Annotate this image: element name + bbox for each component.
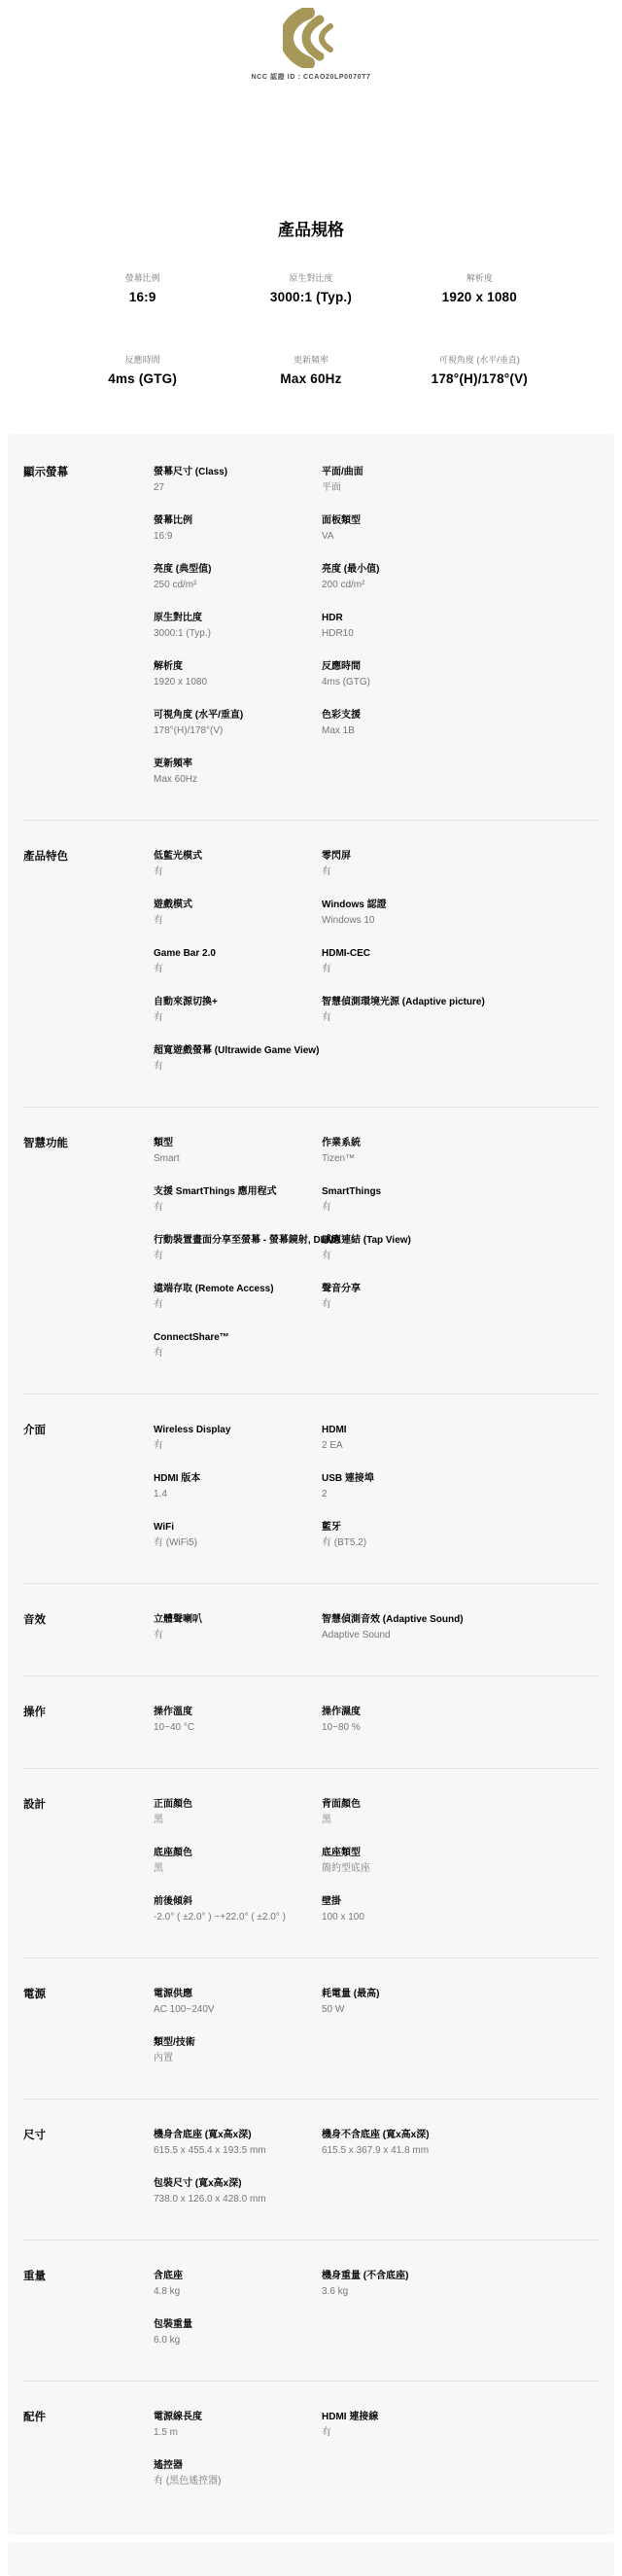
spec-value: 10~80 % — [322, 1721, 599, 1735]
spec-grid: 低藍光模式 有 零閃屏 有 遊戲模式 有 Windows 認證 Windows … — [154, 850, 599, 1093]
spec-value: 50 W — [322, 2003, 599, 2017]
spec-item: 智慧偵測音效 (Adaptive Sound) Adaptive Sound — [322, 1613, 599, 1642]
spec-label: 包裝尺寸 (寬x高x深) — [154, 2177, 322, 2191]
spec-card: 顯示螢幕 螢幕尺寸 (Class) 27 平面/曲面 平面 螢幕比例 16:9 … — [8, 435, 614, 2535]
spec-section: 介面 Wireless Display 有 HDMI 2 EA HDMI 版本 … — [23, 1394, 599, 1583]
spec-item: 背面顏色 黑 — [322, 1798, 599, 1827]
spec-value: 250 cd/m² — [154, 579, 322, 592]
spec-item: HDR HDR10 — [322, 612, 599, 641]
spec-value: 有 — [154, 914, 322, 928]
spec-value: 有 — [322, 1298, 599, 1312]
spec-item: 螢幕比例 16:9 — [154, 514, 322, 544]
spec-item: 聲音分享 有 — [322, 1283, 599, 1312]
ncc-logo — [283, 8, 339, 68]
spec-item: ConnectShare™ 有 — [154, 1331, 322, 1360]
section-title: 重量 — [23, 2270, 154, 2367]
highlight-item: 可視角度 (水平/垂直) 178°(H)/178°(V) — [396, 353, 564, 386]
spec-label: 類型/技術 — [154, 2036, 322, 2050]
spec-label: ConnectShare™ — [154, 1331, 322, 1345]
highlight-item: 更新頻率 Max 60Hz — [226, 353, 395, 386]
spec-value: 有 — [322, 1201, 599, 1215]
spec-label: 原生對比度 — [154, 612, 322, 625]
spec-value: 有 — [322, 2426, 599, 2440]
spec-item: Windows 認證 Windows 10 — [322, 899, 599, 928]
spec-item: 面板類型 VA — [322, 514, 599, 544]
spec-grid: 正面顏色 黑 背面顏色 黑 底座顏色 黑 底座類型 簡約型底座 前後傾斜 -2.… — [154, 1798, 599, 1944]
spec-value: HDR10 — [322, 627, 599, 641]
spec-label: 可視角度 (水平/垂直) — [154, 709, 322, 723]
spec-item: 操作溫度 10~40 °C — [154, 1706, 322, 1735]
spec-value: 有 — [154, 1011, 322, 1025]
spec-label: 感應連結 (Tap View) — [322, 1234, 599, 1248]
spec-item: 零閃屏 有 — [322, 850, 599, 879]
spec-grid: 操作溫度 10~40 °C 操作濕度 10~80 % — [154, 1706, 599, 1754]
section-title: 電源 — [23, 1988, 154, 2085]
spec-label: 類型 — [154, 1137, 322, 1150]
section-title: 尺寸 — [23, 2129, 154, 2226]
spec-value: 有 — [154, 1439, 322, 1453]
highlight-label: 可視角度 (水平/垂直) — [396, 353, 564, 366]
spec-label: 支援 SmartThings 應用程式 — [154, 1185, 322, 1199]
spec-item: 立體聲喇叭 有 — [154, 1613, 322, 1642]
spec-value: 1.4 — [154, 1488, 322, 1501]
spec-label: Game Bar 2.0 — [154, 947, 322, 961]
spec-item: 藍牙 有 (BT5.2) — [322, 1521, 599, 1550]
spec-item: 包裝尺寸 (寬x高x深) 738.0 x 126.0 x 428.0 mm — [154, 2177, 322, 2206]
spec-value: -2.0° ( ±2.0° ) ~+22.0° ( ±2.0° ) — [154, 1911, 322, 1924]
spec-label: 反應時間 — [322, 660, 599, 674]
spec-item: 底座類型 簡約型底座 — [322, 1847, 599, 1876]
spec-label: SmartThings — [322, 1185, 599, 1199]
spec-item: 正面顏色 黑 — [154, 1798, 322, 1827]
spec-label: WiFi — [154, 1521, 322, 1535]
spec-item: HDMI 2 EA — [322, 1424, 599, 1453]
spec-item: Game Bar 2.0 有 — [154, 947, 322, 976]
spec-value: 2 EA — [322, 1439, 599, 1453]
highlight-label: 更新頻率 — [226, 353, 395, 366]
spec-label: 立體聲喇叭 — [154, 1613, 322, 1627]
spec-label: 平面/曲面 — [322, 466, 599, 479]
highlight-value: 1920 x 1080 — [396, 290, 564, 304]
spec-value: Adaptive Sound — [322, 1629, 599, 1642]
spec-item: 電源供應 AC 100~240V — [154, 1988, 322, 2017]
spec-label: 亮度 (典型值) — [154, 563, 322, 577]
spec-label: 螢幕比例 — [154, 514, 322, 528]
spec-label: 電源線長度 — [154, 2411, 322, 2424]
spec-value: 有 — [154, 963, 322, 976]
spec-label: 智慧偵測音效 (Adaptive Sound) — [322, 1613, 599, 1627]
spec-grid: Wireless Display 有 HDMI 2 EA HDMI 版本 1.4… — [154, 1424, 599, 1570]
spec-item: 解析度 1920 x 1080 — [154, 660, 322, 689]
spec-item: 反應時間 4ms (GTG) — [322, 660, 599, 689]
spec-item: 智慧偵測環境光源 (Adaptive picture) 有 — [322, 996, 599, 1025]
spec-value: 有 (BT5.2) — [322, 1536, 599, 1550]
spec-value: 有 — [322, 1250, 599, 1263]
spec-grid: 立體聲喇叭 有 智慧偵測音效 (Adaptive Sound) Adaptive… — [154, 1613, 599, 1662]
footer-strip — [8, 2543, 614, 2576]
spec-item: 機身含底座 (寬x高x深) 615.5 x 455.4 x 193.5 mm — [154, 2129, 322, 2158]
spec-value: VA — [322, 530, 599, 544]
spec-label: 遙控器 — [154, 2459, 322, 2473]
spec-item: 螢幕尺寸 (Class) 27 — [154, 466, 322, 495]
highlight-value: 178°(H)/178°(V) — [396, 371, 564, 386]
spec-value: 1920 x 1080 — [154, 676, 322, 689]
spec-item: HDMI-CEC 有 — [322, 947, 599, 976]
spec-value: 100 x 100 — [322, 1911, 599, 1924]
spec-label: 底座顏色 — [154, 1847, 322, 1860]
highlight-value: 3000:1 (Typ.) — [226, 290, 395, 304]
highlight-value: Max 60Hz — [226, 371, 395, 386]
spec-item: 低藍光模式 有 — [154, 850, 322, 879]
spec-value: 黑 — [154, 1814, 322, 1827]
spec-label: 螢幕尺寸 (Class) — [154, 466, 322, 479]
certification-header: NCC 認證 ID : CCAO20LP0070T7 — [0, 0, 622, 82]
spec-item: 色彩支援 Max 1B — [322, 709, 599, 738]
spec-label: 零閃屏 — [322, 850, 599, 864]
section-title: 音效 — [23, 1613, 154, 1662]
spec-item: 底座顏色 黑 — [154, 1847, 322, 1876]
spec-label: HDMI 版本 — [154, 1472, 322, 1486]
spec-label: 智慧偵測環境光源 (Adaptive picture) — [322, 996, 599, 1009]
spec-label: 操作濕度 — [322, 1706, 599, 1719]
spec-item: 遠端存取 (Remote Access) 有 — [154, 1283, 322, 1312]
spec-label: 包裝重量 — [154, 2318, 322, 2332]
spec-value: 平面 — [322, 481, 599, 495]
spec-section: 電源 電源供應 AC 100~240V 耗電量 (最高) 50 W 類型/技術 … — [23, 1958, 599, 2099]
spec-highlights: 螢幕比例 16:9 原生對比度 3000:1 (Typ.) 解析度 1920 x… — [58, 271, 564, 386]
spec-label: 操作溫度 — [154, 1706, 322, 1719]
spec-section: 智慧功能 類型 Smart 作業系統 Tizen™ 支援 SmartThings… — [23, 1107, 599, 1394]
highlight-label: 螢幕比例 — [58, 271, 226, 284]
spec-item: 原生對比度 3000:1 (Typ.) — [154, 612, 322, 641]
spec-value: 615.5 x 455.4 x 193.5 mm — [154, 2144, 322, 2158]
spec-value: 有 — [154, 1250, 322, 1263]
section-title: 智慧功能 — [23, 1137, 154, 1380]
spec-value: 有 — [322, 963, 599, 976]
spec-label: 背面顏色 — [322, 1798, 599, 1812]
spec-value: Smart — [154, 1152, 322, 1166]
section-title: 顯示螢幕 — [23, 466, 154, 806]
spec-item: Wireless Display 有 — [154, 1424, 322, 1453]
spec-value: AC 100~240V — [154, 2003, 322, 2017]
spec-value: 有 — [154, 1347, 322, 1360]
spec-label: 機身含底座 (寬x高x深) — [154, 2129, 322, 2142]
spec-value: 3.6 kg — [322, 2285, 599, 2299]
spec-item: WiFi 有 (WiFi5) — [154, 1521, 322, 1550]
spec-value: 內置 — [154, 2052, 322, 2065]
spec-item: 機身重量 (不含底座) 3.6 kg — [322, 2270, 599, 2299]
spec-label: 機身不含底座 (寬x高x深) — [322, 2129, 599, 2142]
spec-value: 10~40 °C — [154, 1721, 322, 1735]
spec-value: 615.5 x 367.9 x 41.8 mm — [322, 2144, 599, 2158]
spec-item: 含底座 4.8 kg — [154, 2270, 322, 2299]
spec-label: 作業系統 — [322, 1137, 599, 1150]
spec-item: HDMI 版本 1.4 — [154, 1472, 322, 1501]
spec-value: 200 cd/m² — [322, 579, 599, 592]
spec-item: 遙控器 有 (黑色遙控器) — [154, 2459, 322, 2488]
spec-label: 聲音分享 — [322, 1283, 599, 1296]
spec-item: 前後傾斜 -2.0° ( ±2.0° ) ~+22.0° ( ±2.0° ) — [154, 1895, 322, 1924]
spec-grid: 螢幕尺寸 (Class) 27 平面/曲面 平面 螢幕比例 16:9 面板類型 … — [154, 466, 599, 806]
spec-value: 27 — [154, 481, 322, 495]
spec-label: 色彩支援 — [322, 709, 599, 723]
spec-label: 前後傾斜 — [154, 1895, 322, 1909]
spec-item: 自動來源切換+ 有 — [154, 996, 322, 1025]
spec-section: 尺寸 機身含底座 (寬x高x深) 615.5 x 455.4 x 193.5 m… — [23, 2099, 599, 2240]
spec-label: Windows 認證 — [322, 899, 599, 912]
highlight-item: 解析度 1920 x 1080 — [396, 271, 564, 304]
spec-label: HDR — [322, 612, 599, 625]
spec-item: 類型 Smart — [154, 1137, 322, 1166]
spec-label: HDMI 連接線 — [322, 2411, 599, 2424]
section-title: 介面 — [23, 1424, 154, 1570]
spec-label: 機身重量 (不含底座) — [322, 2270, 599, 2283]
spec-label: 解析度 — [154, 660, 322, 674]
spec-label: 更新頻率 — [154, 758, 322, 771]
spec-section: 操作 操作溫度 10~40 °C 操作濕度 10~80 % — [23, 1676, 599, 1768]
spec-value: 有 — [154, 1298, 322, 1312]
spec-value: 黑 — [154, 1862, 322, 1876]
section-title: 設計 — [23, 1798, 154, 1944]
spec-value: 4ms (GTG) — [322, 676, 599, 689]
spec-value: 4.8 kg — [154, 2285, 322, 2299]
section-title: 操作 — [23, 1706, 154, 1754]
spec-value: 有 (黑色遙控器) — [154, 2475, 322, 2488]
highlight-value: 4ms (GTG) — [58, 371, 226, 386]
spec-value: 簡約型底座 — [322, 1862, 599, 1876]
spec-section: 音效 立體聲喇叭 有 智慧偵測音效 (Adaptive Sound) Adapt… — [23, 1583, 599, 1676]
highlight-value: 16:9 — [58, 290, 226, 304]
spec-label: 耗電量 (最高) — [322, 1988, 599, 2001]
spec-label: 藍牙 — [322, 1521, 599, 1535]
section-title: 配件 — [23, 2411, 154, 2508]
spec-item: 可視角度 (水平/垂直) 178°(H)/178°(V) — [154, 709, 322, 738]
spec-label: 壁掛 — [322, 1895, 599, 1909]
spec-label: 底座類型 — [322, 1847, 599, 1860]
spec-value: 6.0 kg — [154, 2334, 322, 2347]
spec-value: Max 1B — [322, 724, 599, 738]
spec-grid: 機身含底座 (寬x高x深) 615.5 x 455.4 x 193.5 mm 機… — [154, 2129, 599, 2226]
spec-value: 2 — [322, 1488, 599, 1501]
spec-label: HDMI-CEC — [322, 947, 599, 961]
spec-value: 有 — [154, 1629, 322, 1642]
highlight-label: 反應時間 — [58, 353, 226, 366]
spec-value: 有 — [154, 1060, 322, 1074]
spec-item: 行動裝置畫面分享至螢幕 - 螢幕鏡射, DLNA 有 — [154, 1234, 322, 1263]
spec-item: 支援 SmartThings 應用程式 有 — [154, 1185, 322, 1215]
highlight-label: 原生對比度 — [226, 271, 395, 284]
spec-value: 有 — [154, 865, 322, 879]
spec-label: USB 連接埠 — [322, 1472, 599, 1486]
spec-value: 178°(H)/178°(V) — [154, 724, 322, 738]
spec-item: 壁掛 100 x 100 — [322, 1895, 599, 1924]
spec-value: 1.5 m — [154, 2426, 322, 2440]
spec-value: 3000:1 (Typ.) — [154, 627, 322, 641]
spec-value: 黑 — [322, 1814, 599, 1827]
spec-item: 類型/技術 內置 — [154, 2036, 322, 2065]
spec-label: 低藍光模式 — [154, 850, 322, 864]
spec-label: 正面顏色 — [154, 1798, 322, 1812]
spec-label: 超寬遊戲螢幕 (Ultrawide Game View) — [154, 1044, 322, 1058]
spec-item: USB 連接埠 2 — [322, 1472, 599, 1501]
spec-item: 亮度 (典型值) 250 cd/m² — [154, 563, 322, 592]
spec-grid: 電源供應 AC 100~240V 耗電量 (最高) 50 W 類型/技術 內置 — [154, 1988, 599, 2085]
spec-value: Tizen™ — [322, 1152, 599, 1166]
spec-section: 配件 電源線長度 1.5 m HDMI 連接線 有 遙控器 有 (黑色遙控器) — [23, 2381, 599, 2522]
spec-value: 16:9 — [154, 530, 322, 544]
spec-grid: 類型 Smart 作業系統 Tizen™ 支援 SmartThings 應用程式… — [154, 1137, 599, 1380]
spec-section: 設計 正面顏色 黑 背面顏色 黑 底座顏色 黑 底座類型 簡約型底座 前後傾斜 … — [23, 1768, 599, 1958]
spec-grid: 電源線長度 1.5 m HDMI 連接線 有 遙控器 有 (黑色遙控器) — [154, 2411, 599, 2508]
spec-value: 有 — [322, 1011, 599, 1025]
spec-item: 操作濕度 10~80 % — [322, 1706, 599, 1735]
page-title: 產品規格 — [0, 216, 622, 240]
ncc-certification-id: NCC 認證 ID : CCAO20LP0070T7 — [0, 72, 622, 82]
spec-label: 含底座 — [154, 2270, 322, 2283]
spec-label: 自動來源切換+ — [154, 996, 322, 1009]
section-title: 產品特色 — [23, 850, 154, 1093]
highlight-item: 螢幕比例 16:9 — [58, 271, 226, 304]
spec-label: 遊戲模式 — [154, 899, 322, 912]
spec-label: 面板類型 — [322, 514, 599, 528]
spec-section: 重量 含底座 4.8 kg 機身重量 (不含底座) 3.6 kg 包裝重量 6.… — [23, 2240, 599, 2381]
spec-item: 感應連結 (Tap View) 有 — [322, 1234, 599, 1263]
spec-item: 遊戲模式 有 — [154, 899, 322, 928]
spec-value: 有 (WiFi5) — [154, 1536, 322, 1550]
highlight-label: 解析度 — [396, 271, 564, 284]
spec-label: 電源供應 — [154, 1988, 322, 2001]
spec-value: Windows 10 — [322, 914, 599, 928]
spec-label: 行動裝置畫面分享至螢幕 - 螢幕鏡射, DLNA — [154, 1234, 322, 1248]
spec-section: 產品特色 低藍光模式 有 零閃屏 有 遊戲模式 有 Windows 認證 Win… — [23, 820, 599, 1107]
spec-label: 亮度 (最小值) — [322, 563, 599, 577]
spec-item: HDMI 連接線 有 — [322, 2411, 599, 2440]
spec-item: 超寬遊戲螢幕 (Ultrawide Game View) 有 — [154, 1044, 322, 1074]
spec-item: 包裝重量 6.0 kg — [154, 2318, 322, 2347]
spec-value: Max 60Hz — [154, 773, 322, 787]
spec-grid: 含底座 4.8 kg 機身重量 (不含底座) 3.6 kg 包裝重量 6.0 k… — [154, 2270, 599, 2367]
spec-item: 亮度 (最小值) 200 cd/m² — [322, 563, 599, 592]
spec-item: 電源線長度 1.5 m — [154, 2411, 322, 2440]
spec-label: HDMI — [322, 1424, 599, 1437]
spec-item: 更新頻率 Max 60Hz — [154, 758, 322, 787]
spec-value: 有 — [154, 1201, 322, 1215]
highlight-item: 反應時間 4ms (GTG) — [58, 353, 226, 386]
spec-value: 738.0 x 126.0 x 428.0 mm — [154, 2193, 322, 2206]
spec-label: Wireless Display — [154, 1424, 322, 1437]
highlight-item: 原生對比度 3000:1 (Typ.) — [226, 271, 395, 304]
spec-item: 平面/曲面 平面 — [322, 466, 599, 495]
spec-value: 有 — [322, 865, 599, 879]
spec-item: 作業系統 Tizen™ — [322, 1137, 599, 1166]
spec-label: 遠端存取 (Remote Access) — [154, 1283, 322, 1296]
spec-item: SmartThings 有 — [322, 1185, 599, 1215]
spec-item: 機身不含底座 (寬x高x深) 615.5 x 367.9 x 41.8 mm — [322, 2129, 599, 2158]
spec-section: 顯示螢幕 螢幕尺寸 (Class) 27 平面/曲面 平面 螢幕比例 16:9 … — [23, 437, 599, 820]
spec-item: 耗電量 (最高) 50 W — [322, 1988, 599, 2017]
